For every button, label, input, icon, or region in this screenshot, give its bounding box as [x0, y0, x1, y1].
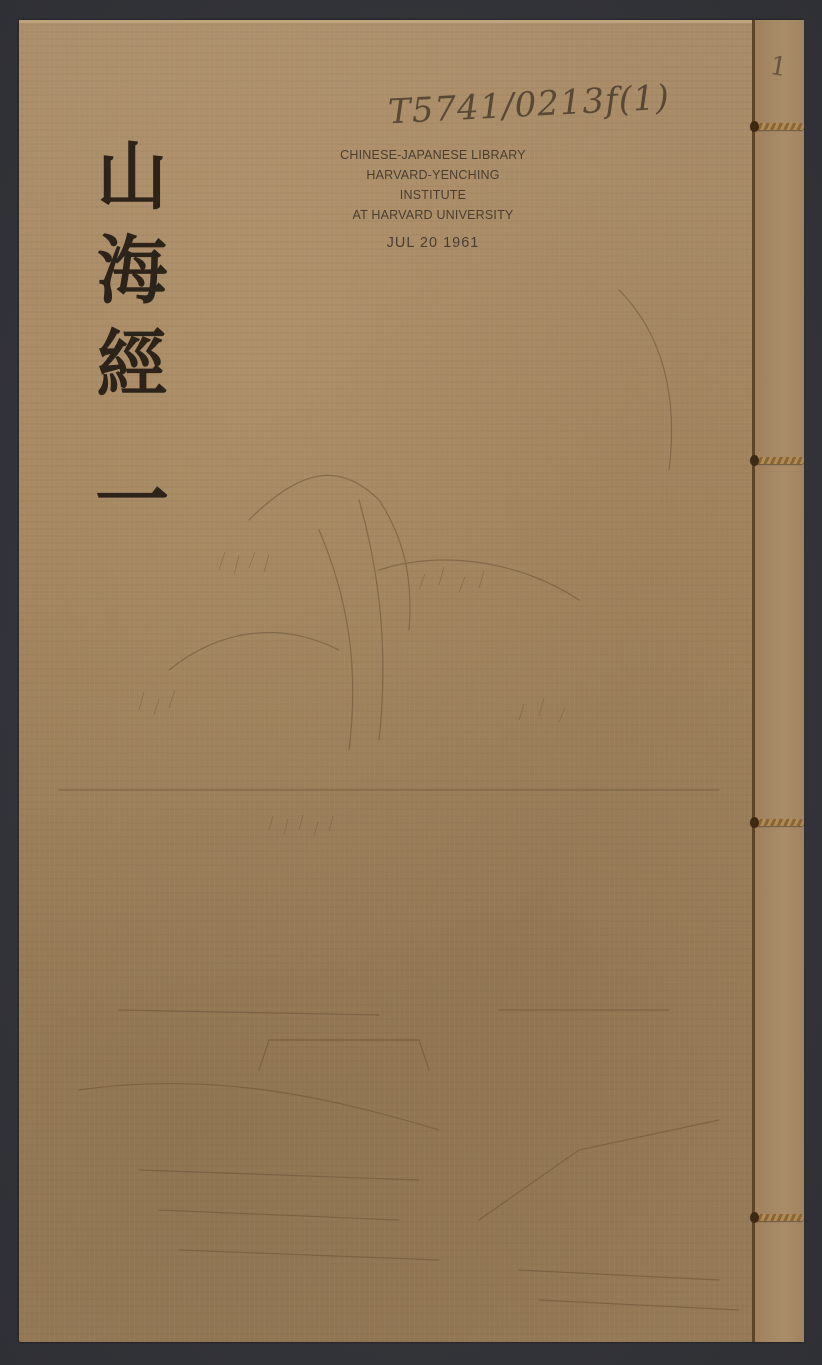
binding-spine [754, 20, 804, 1342]
stamp-line-2: HARVARD-YENCHING INSTITUTE [333, 165, 533, 205]
stamp-date: JUL 20 1961 [333, 233, 533, 253]
title-char-jing: 經 [97, 328, 167, 402]
cover-title: 山 海 經 一 [82, 140, 182, 538]
stamp-line-1: CHINESE-JAPANESE LIBRARY [333, 145, 533, 165]
cover-top-edge [19, 20, 803, 23]
binding-thread-1 [750, 123, 804, 130]
spine-fold-line [752, 20, 755, 1342]
stamp-line-3: AT HARVARD UNIVERSITY [333, 205, 533, 225]
title-char-shan: 山 [97, 140, 167, 214]
binding-thread-2 [750, 457, 804, 464]
binding-thread-3 [750, 819, 804, 826]
library-stamp: CHINESE-JAPANESE LIBRARY HARVARD-YENCHIN… [333, 145, 533, 253]
binding-thread-4 [750, 1214, 804, 1221]
title-char-hai: 海 [97, 234, 167, 308]
volume-number: 一 [95, 464, 169, 538]
